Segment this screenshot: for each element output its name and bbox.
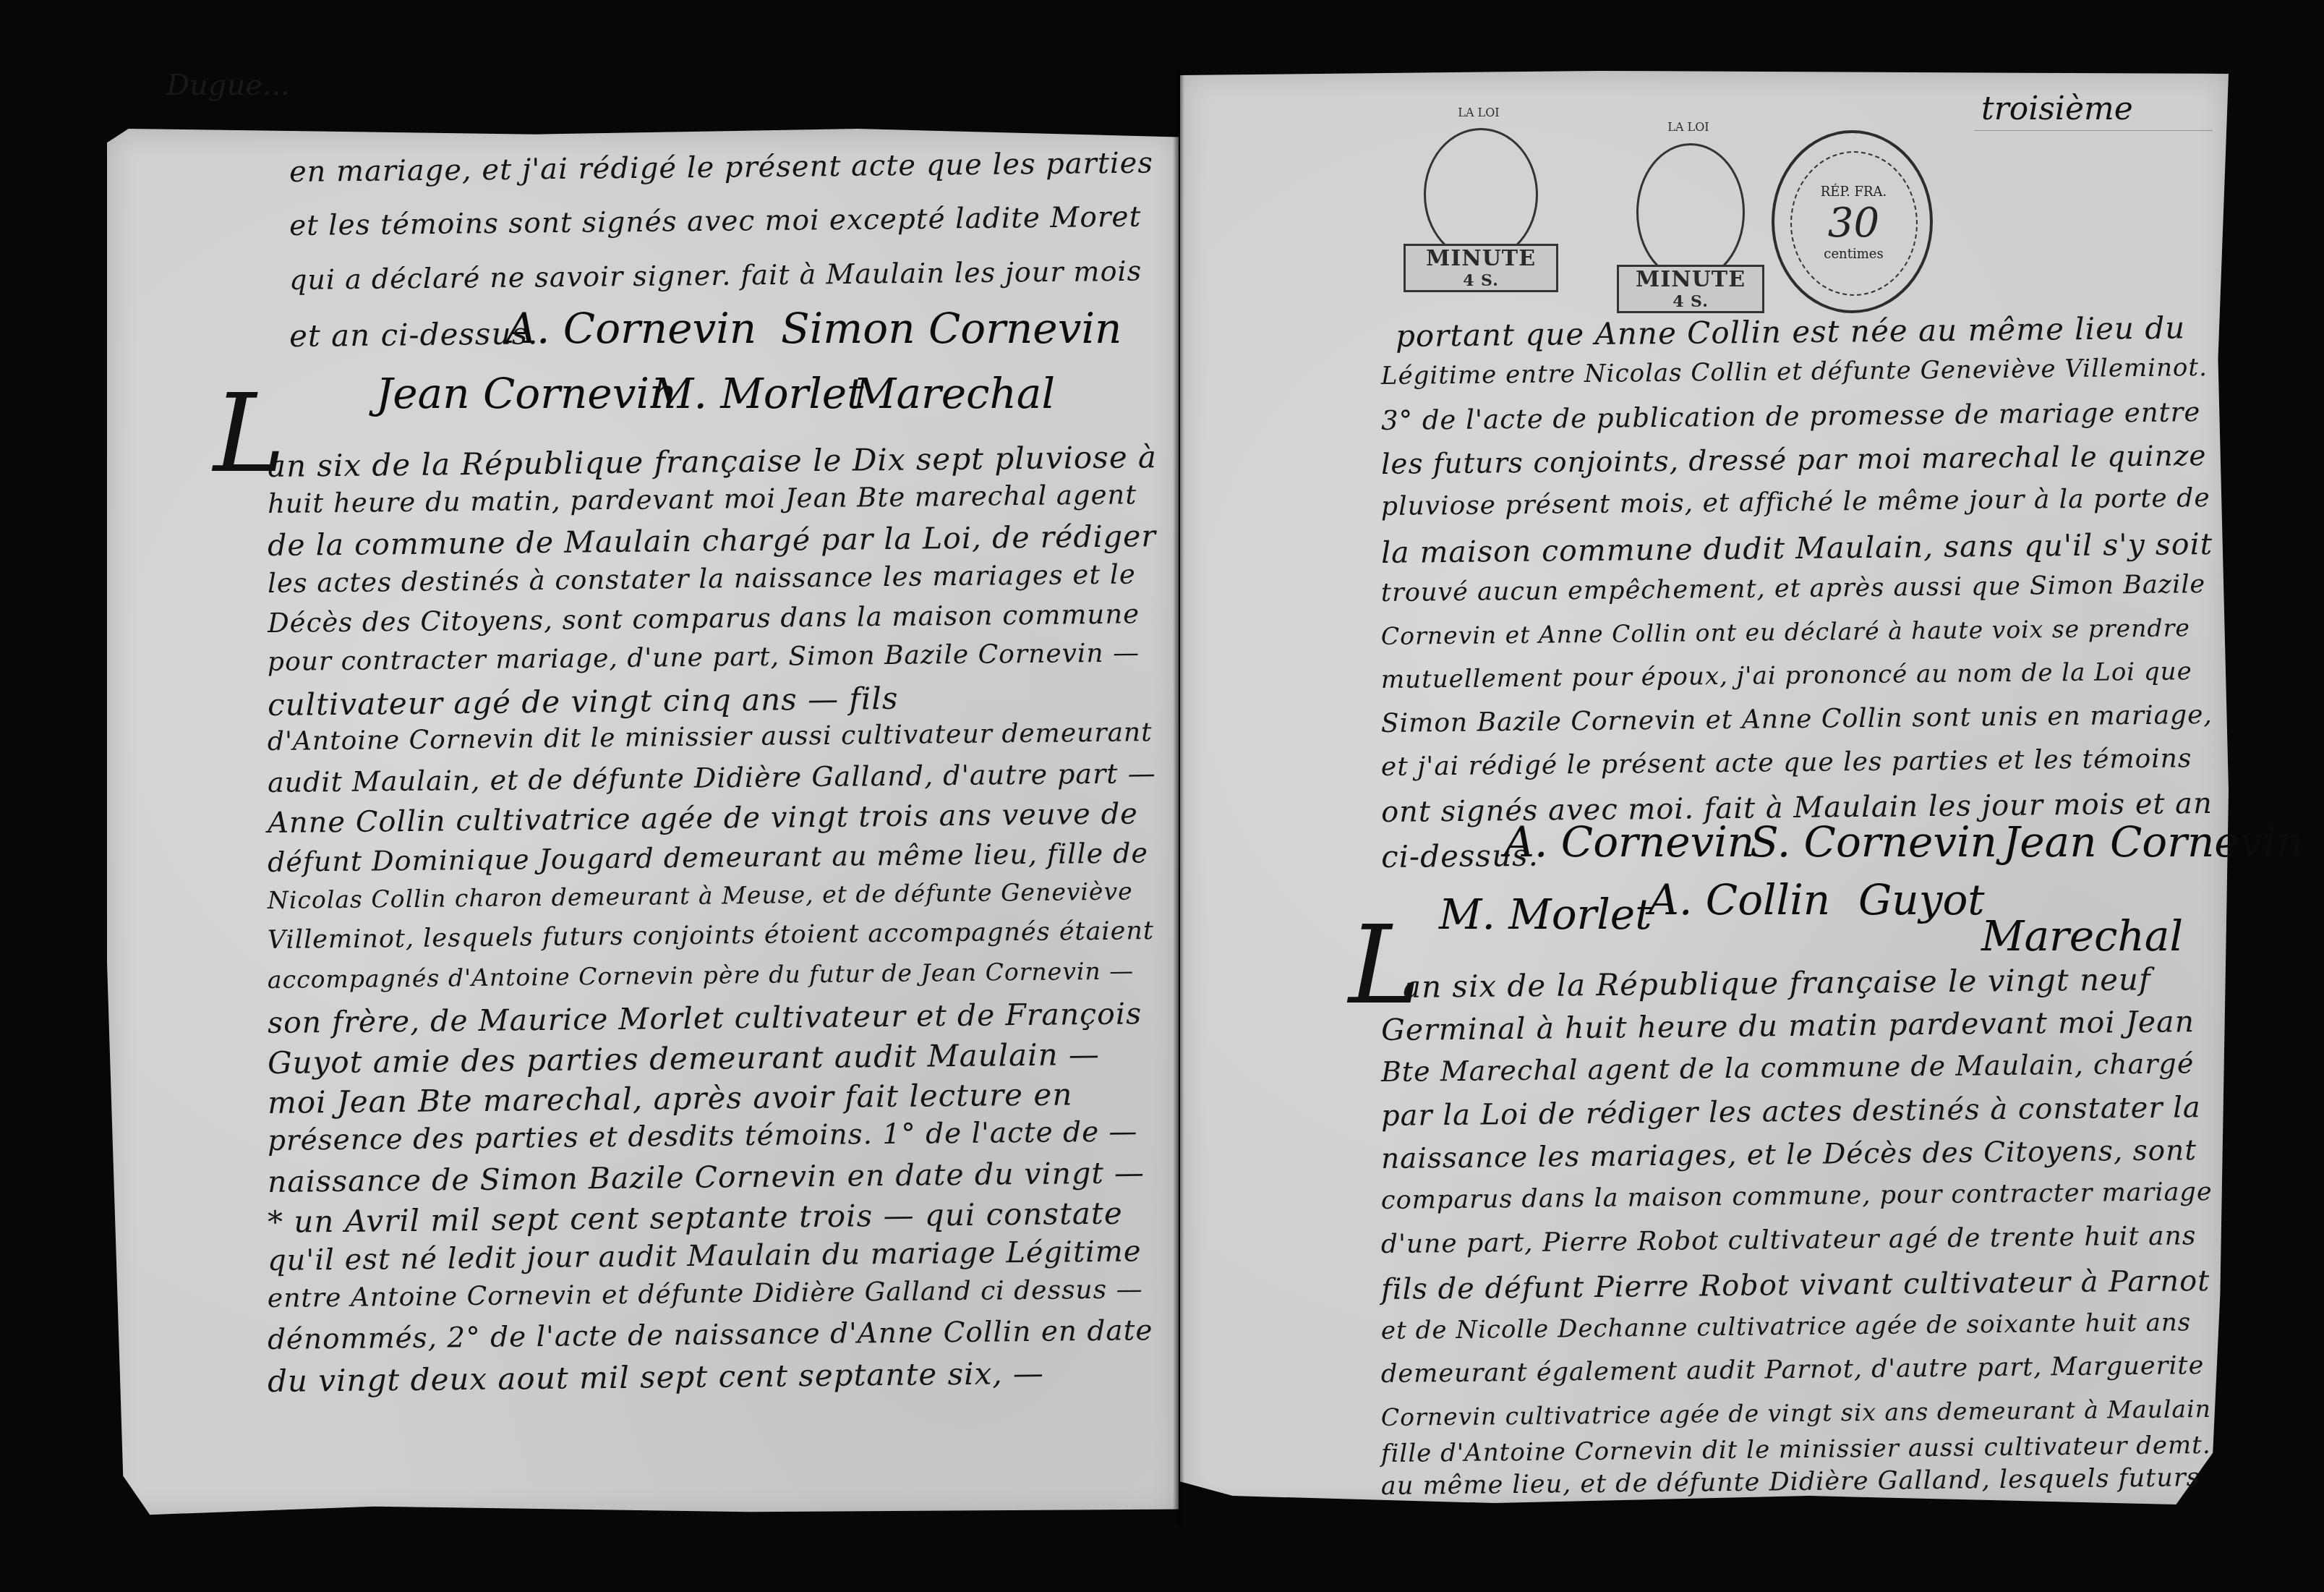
text-line: cultivateur agé de vingt cinq ans — fils [268,681,899,723]
signature: Jean Cornevin [2003,817,2303,867]
signature: M. Morlet [1439,890,1652,939]
stamp-oval-icon [1636,143,1745,281]
stamp-oval-icon [1424,128,1538,261]
signature: A. Cornevin [1504,817,1754,867]
tax-seal: RÉP. FRA. 30 centimes [1772,130,1933,313]
book-gutter [1173,71,1184,1525]
minute-stamp: LA LOI MINUTE4 S. [1620,123,1757,325]
text-line: et an ci-dessus. [289,315,539,354]
signature: A. Cornevin [506,304,756,353]
minute-stamp: LA LOI MINUTE4 S. [1406,108,1551,304]
signature: Marechal [853,369,1055,418]
header-underline [1974,130,2213,131]
signature: M. Morlet [651,369,863,418]
signature: Guyot [1858,875,1985,924]
signature: S. Cornevin [1750,817,1997,867]
signature: A. Collin [1649,875,1830,924]
signature: Simon Cornevin [781,304,1122,353]
signature: Marechal [1981,911,2183,961]
signature: Jean Cornevin [376,369,676,418]
page-header-word: troisième [1981,90,2133,127]
ghost-margin-note: Dugue... [166,69,290,102]
